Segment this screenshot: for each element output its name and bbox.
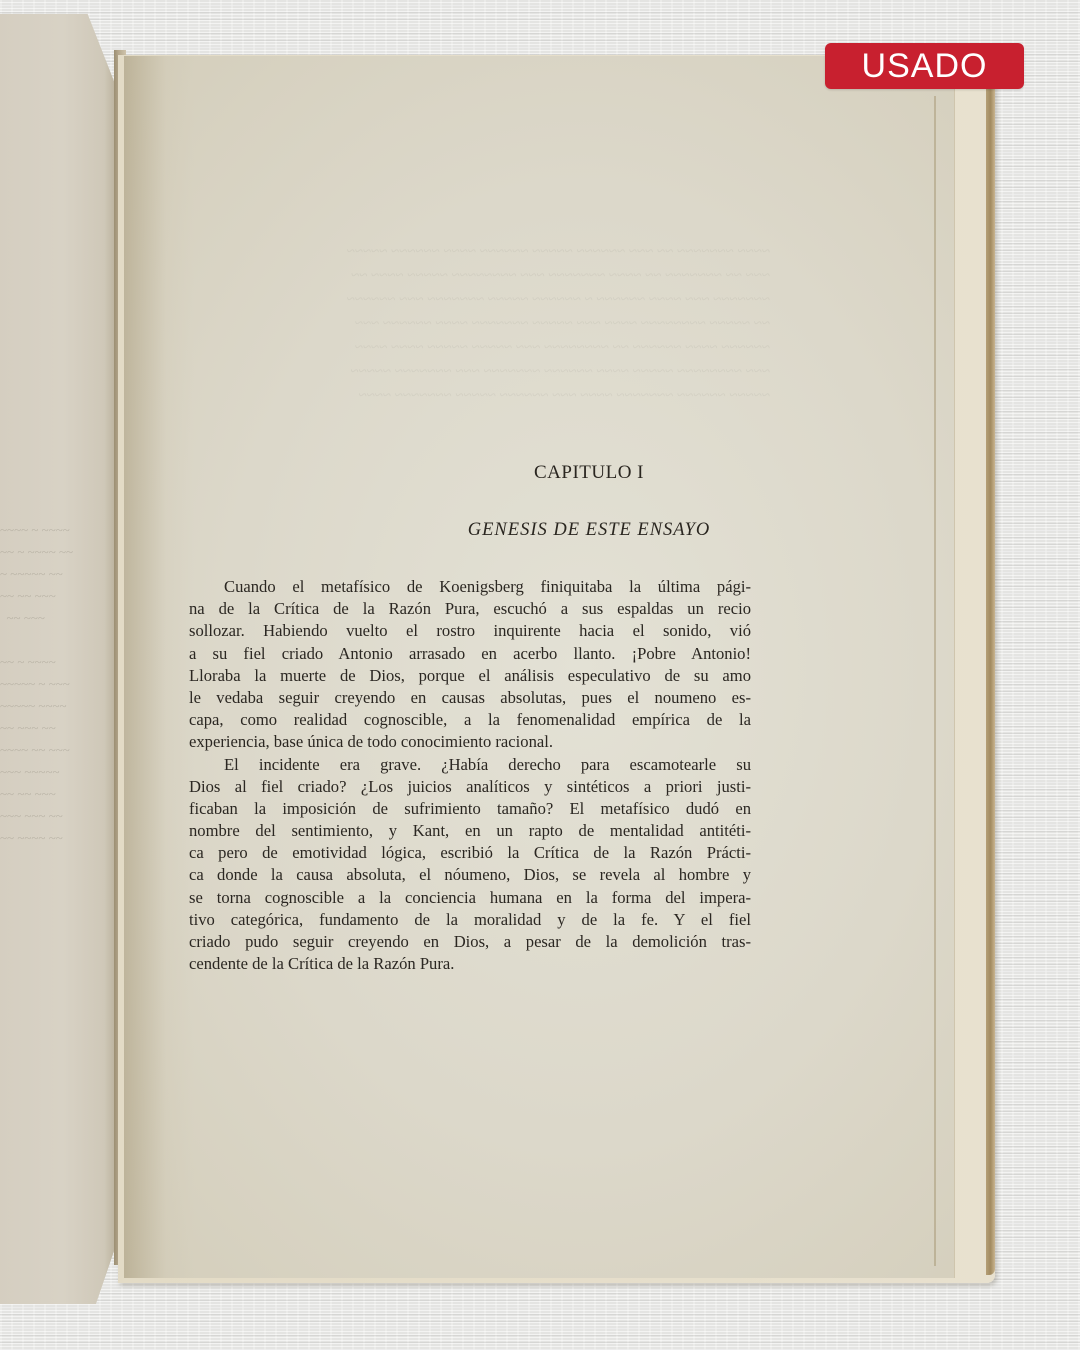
chapter-subtitle: GENESIS DE ESTE ENSAYO [124,520,954,541]
text-line: capa, como realidad cognoscible, a la fe… [189,709,751,731]
left-page: ~~~~ ~ ~~~~ ~~ ~ ~~~~ ~~ ~ ~~~~~ ~~ ~~ ~… [0,14,118,1304]
text-line: se torna cognoscible a la conciencia hum… [189,887,751,909]
text-line: Lloraba la muerte de Dios, porque el aná… [189,665,751,687]
text-line: Dios al fiel criado? ¿Los juicios analít… [189,776,751,798]
text-line: cendente de la Crítica de la Razón Pura. [189,953,751,975]
text-line: El incidente era grave. ¿Había derecho p… [189,754,751,776]
text-line: ca donde la causa absoluta, el nóumeno, … [189,864,751,886]
used-condition-badge: USADO [825,43,1024,89]
chapter-subtitle-text: GENESIS DE ESTE ENSAYO [468,520,710,541]
chapter-heading: CAPITULO I [124,462,954,484]
chapter-heading-text: CAPITULO I [534,462,644,484]
text-line: a su fiel criado Antonio arrasado en ace… [189,643,751,665]
text-line: nombre del sentimiento, y Kant, en un ra… [189,820,751,842]
text-line: tivo categórica, fundamento de la morali… [189,909,751,931]
text-line: na de la Crítica de la Razón Pura, escuc… [189,598,751,620]
page-fold-line [934,96,936,1266]
paragraph-2: El incidente era grave. ¿Había derecho p… [189,754,751,976]
text-line: experiencia, base única de todo conocimi… [189,731,751,753]
text-line: le vedaba seguir creyendo en causas abso… [189,687,751,709]
text-line: ca pero de emotividad lógica, escribió l… [189,842,751,864]
paragraph-1: Cuando el metafísico de Koenigsberg fini… [189,576,751,754]
text-line: ficaban la imposición de sufrimiento tam… [189,798,751,820]
show-through-text: ~~~~ ~~~~~~~ ~~ ~~~ ~~~~~~ ~~~~~ ~~~~~~ … [210,240,770,430]
text-line: criado pudo seguir creyendo en Dios, a p… [189,931,751,953]
gutter-shadow [124,56,194,1278]
chapter-body: Cuando el metafísico de Koenigsberg fini… [189,576,751,975]
text-line: Cuando el metafísico de Koenigsberg fini… [189,576,751,598]
left-page-bleed-text: ~~~~ ~ ~~~~ ~~ ~ ~~~~ ~~ ~ ~~~~~ ~~ ~~ ~… [0,519,90,849]
text-line: sollozar. Habiendo vuelto el rostro inqu… [189,620,751,642]
